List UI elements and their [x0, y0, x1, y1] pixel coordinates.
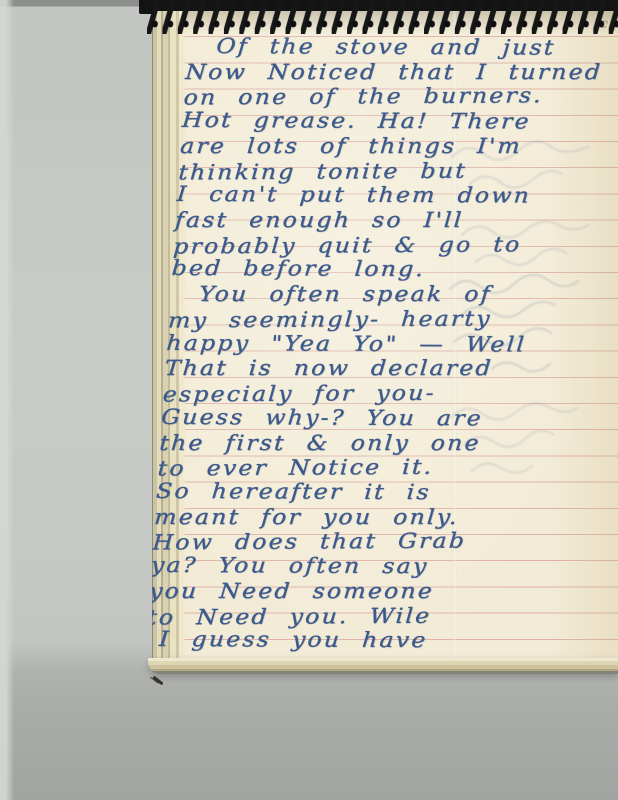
handwritten-line: fast enough so I'll	[174, 208, 618, 233]
handwritten-line: happy "Yea Yo" — Well	[166, 330, 618, 357]
handwritten-line: You often speak of	[169, 282, 618, 307]
stray-ink-mark	[152, 676, 163, 686]
handwritten-line: bed before long.	[171, 256, 618, 283]
handwritten-line: to Need you. Wile	[152, 602, 618, 630]
handwritten-line: Now Noticed that I turned	[185, 60, 618, 85]
handwritten-line: Of the stove and just	[186, 34, 618, 61]
handwritten-line: Hot grease. Ha! There	[181, 108, 618, 135]
handwritten-letter: Of the stove and just Now Noticed that I…	[152, 35, 618, 653]
page-edge-bottom	[148, 658, 618, 674]
handwritten-line: meant for you only.	[153, 505, 618, 530]
handwritten-line: How does that Grab	[152, 528, 618, 556]
handwritten-line: the first & only one	[159, 431, 618, 456]
notebook-page: Of the stove and just Now Noticed that I…	[152, 11, 618, 661]
handwritten-line: So hereafter it is	[155, 479, 618, 506]
handwritten-line: I can't put them down	[176, 182, 618, 209]
handwritten-line: to ever Notice it.	[157, 454, 618, 482]
handwritten-line: on one of the burners.	[183, 83, 618, 111]
handwritten-line: That is now declared	[164, 356, 618, 381]
handwritten-line: thinking tonite but	[178, 157, 618, 185]
handwritten-line: ya? You often say	[152, 553, 618, 580]
handwritten-line: my seemingly- hearty	[167, 305, 618, 333]
handwritten-line: Guess why-? You are	[160, 405, 618, 432]
handwritten-line: I guess you have	[152, 627, 618, 654]
scanned-notebook-letter: Of the stove and just Now Noticed that I…	[0, 0, 618, 800]
handwritten-line: probably quit & go to	[172, 231, 618, 259]
spiral-coils	[147, 1, 618, 34]
handwritten-line: especialy for you-	[162, 380, 618, 408]
handwritten-line: you Need someone	[152, 579, 618, 604]
handwritten-line: are lots of things I'm	[179, 134, 618, 159]
